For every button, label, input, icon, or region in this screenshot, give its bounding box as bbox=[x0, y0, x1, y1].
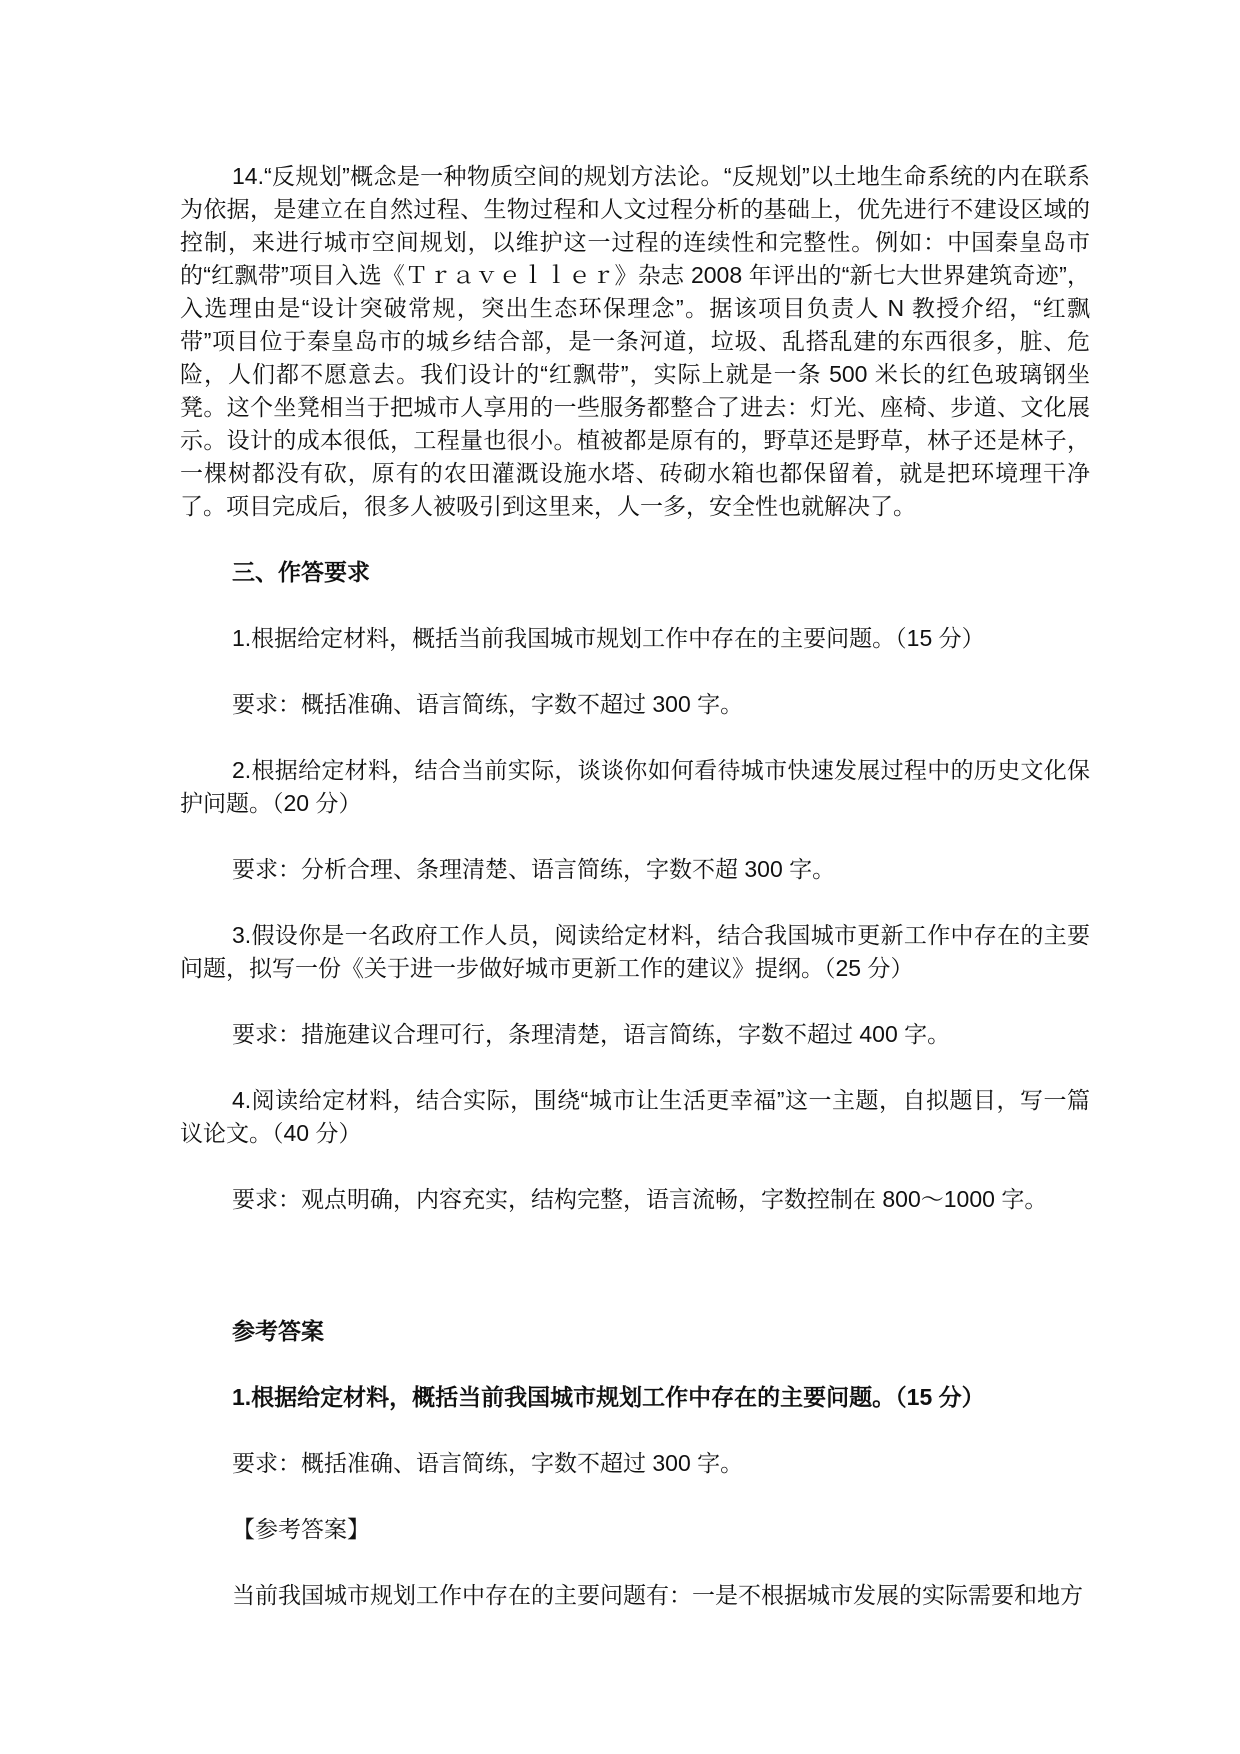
question-4: 4.阅读给定材料，结合实际，围绕“城市让生活更幸福”这一主题，自拟题目，写一篇议… bbox=[180, 1084, 1090, 1150]
answer-question-1-requirement: 要求：概括准确、语言简练，字数不超过 300 字。 bbox=[180, 1447, 1090, 1480]
material-14-paragraph: 14.“反规划”概念是一种物质空间的规划方法论。“反规划”以土地生命系统的内在联… bbox=[180, 160, 1090, 523]
question-2: 2.根据给定材料，结合当前实际，谈谈你如何看待城市快速发展过程中的历史文化保护问… bbox=[180, 754, 1090, 820]
reference-answers-heading: 参考答案 bbox=[180, 1315, 1090, 1348]
section-heading-answer-requirements: 三、作答要求 bbox=[180, 556, 1090, 589]
question-3-requirement: 要求：措施建议合理可行，条理清楚，语言简练，字数不超过 400 字。 bbox=[180, 1018, 1090, 1051]
reference-answer-label: 【参考答案】 bbox=[180, 1513, 1090, 1546]
document-page: 14.“反规划”概念是一种物质空间的规划方法论。“反规划”以土地生命系统的内在联… bbox=[0, 0, 1240, 1754]
question-3: 3.假设你是一名政府工作人员，阅读给定材料，结合我国城市更新工作中存在的主要问题… bbox=[180, 919, 1090, 985]
answer-question-1-title: 1.根据给定材料，概括当前我国城市规划工作中存在的主要问题。（15 分） bbox=[180, 1381, 1090, 1414]
blank-line bbox=[180, 1249, 1090, 1282]
answer-body-first-line: 当前我国城市规划工作中存在的主要问题有：一是不根据城市发展的实际需要和地方 bbox=[180, 1579, 1090, 1612]
question-2-requirement: 要求：分析合理、条理清楚、语言简练，字数不超 300 字。 bbox=[180, 853, 1090, 886]
question-1: 1.根据给定材料，概括当前我国城市规划工作中存在的主要问题。（15 分） bbox=[180, 622, 1090, 655]
question-1-requirement: 要求：概括准确、语言简练，字数不超过 300 字。 bbox=[180, 688, 1090, 721]
question-4-requirement: 要求：观点明确，内容充实，结构完整，语言流畅，字数控制在 800～1000 字。 bbox=[180, 1183, 1090, 1216]
